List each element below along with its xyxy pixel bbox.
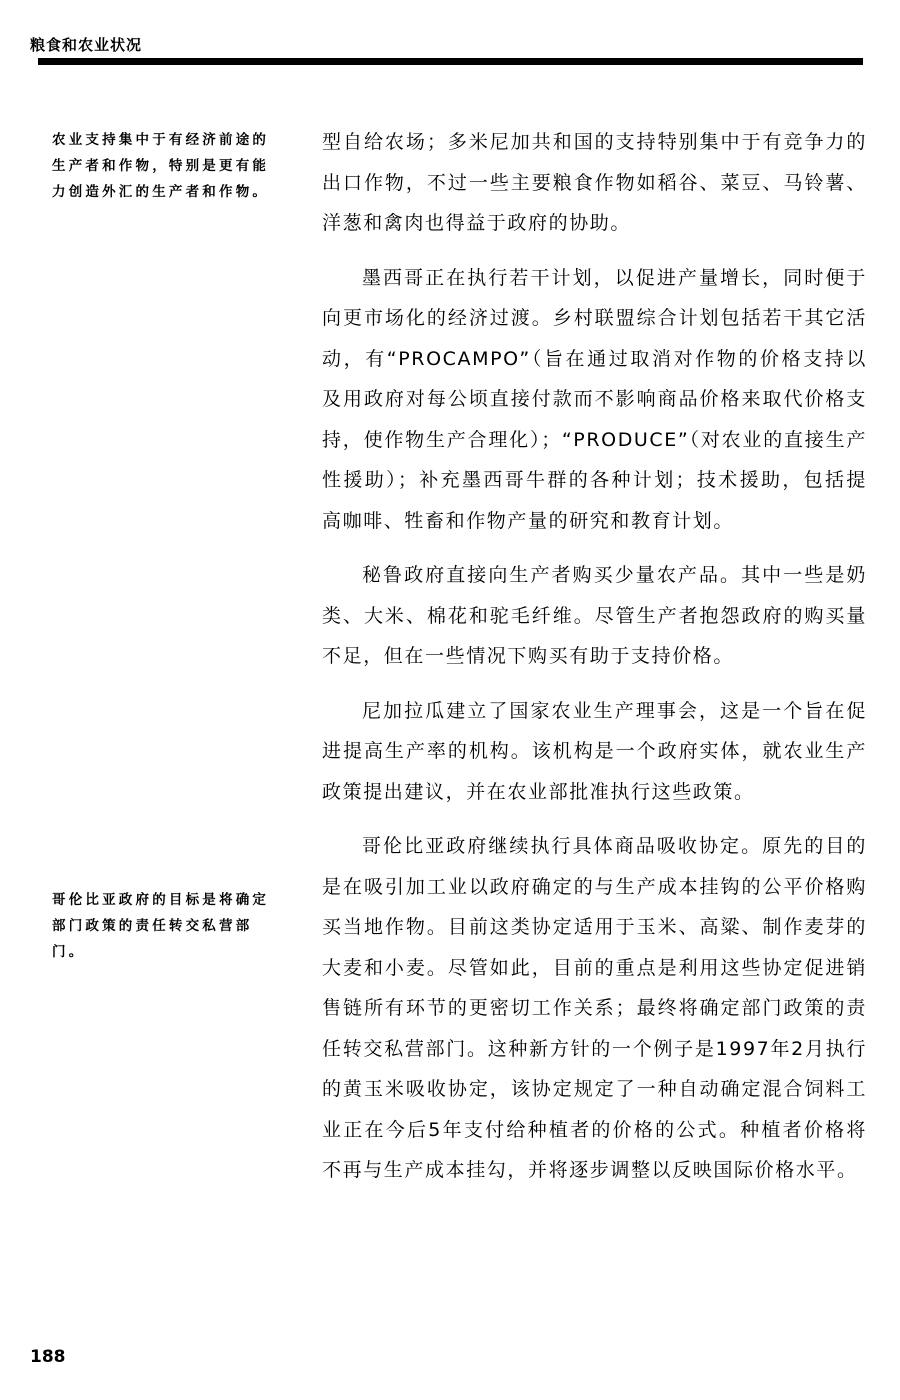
paragraph-peru: 秘鲁政府直接向生产者购买少量农产品。其中一些是奶类、大米、棉花和驼毛纤维。尽管生… [322,555,867,677]
margin-note-agricultural-support: 农业支持集中于有经济前途的生产者和作物，特别是更有能力创造外汇的生产者和作物。 [52,127,282,205]
margin-note-colombia: 哥伦比亚政府的目标是将确定部门政策的责任转交私营部门。 [52,887,282,965]
paragraph-dominican-republic: 型自给农场；多米尼加共和国的支持特别集中于有竞争力的出口作物，不过一些主要粮食作… [322,122,867,244]
paragraph-nicaragua: 尼加拉瓜建立了国家农业生产理事会，这是一个旨在促进提高生产率的机构。该机构是一个… [322,691,867,813]
running-head: 粮食和农业状况 [30,34,142,55]
paragraph-colombia: 哥伦比亚政府继续执行具体商品吸收协定。原先的目的是在吸引加工业以政府确定的与生产… [322,826,867,1191]
paragraph-mexico: 墨西哥正在执行若干计划，以促进产量增长，同时便于向更市场化的经济过渡。乡村联盟综… [322,258,867,542]
body-text: 型自给农场；多米尼加共和国的支持特别集中于有竞争力的出口作物，不过一些主要粮食作… [322,122,867,1205]
page-number: 188 [30,1347,66,1367]
header-rule [38,58,863,65]
